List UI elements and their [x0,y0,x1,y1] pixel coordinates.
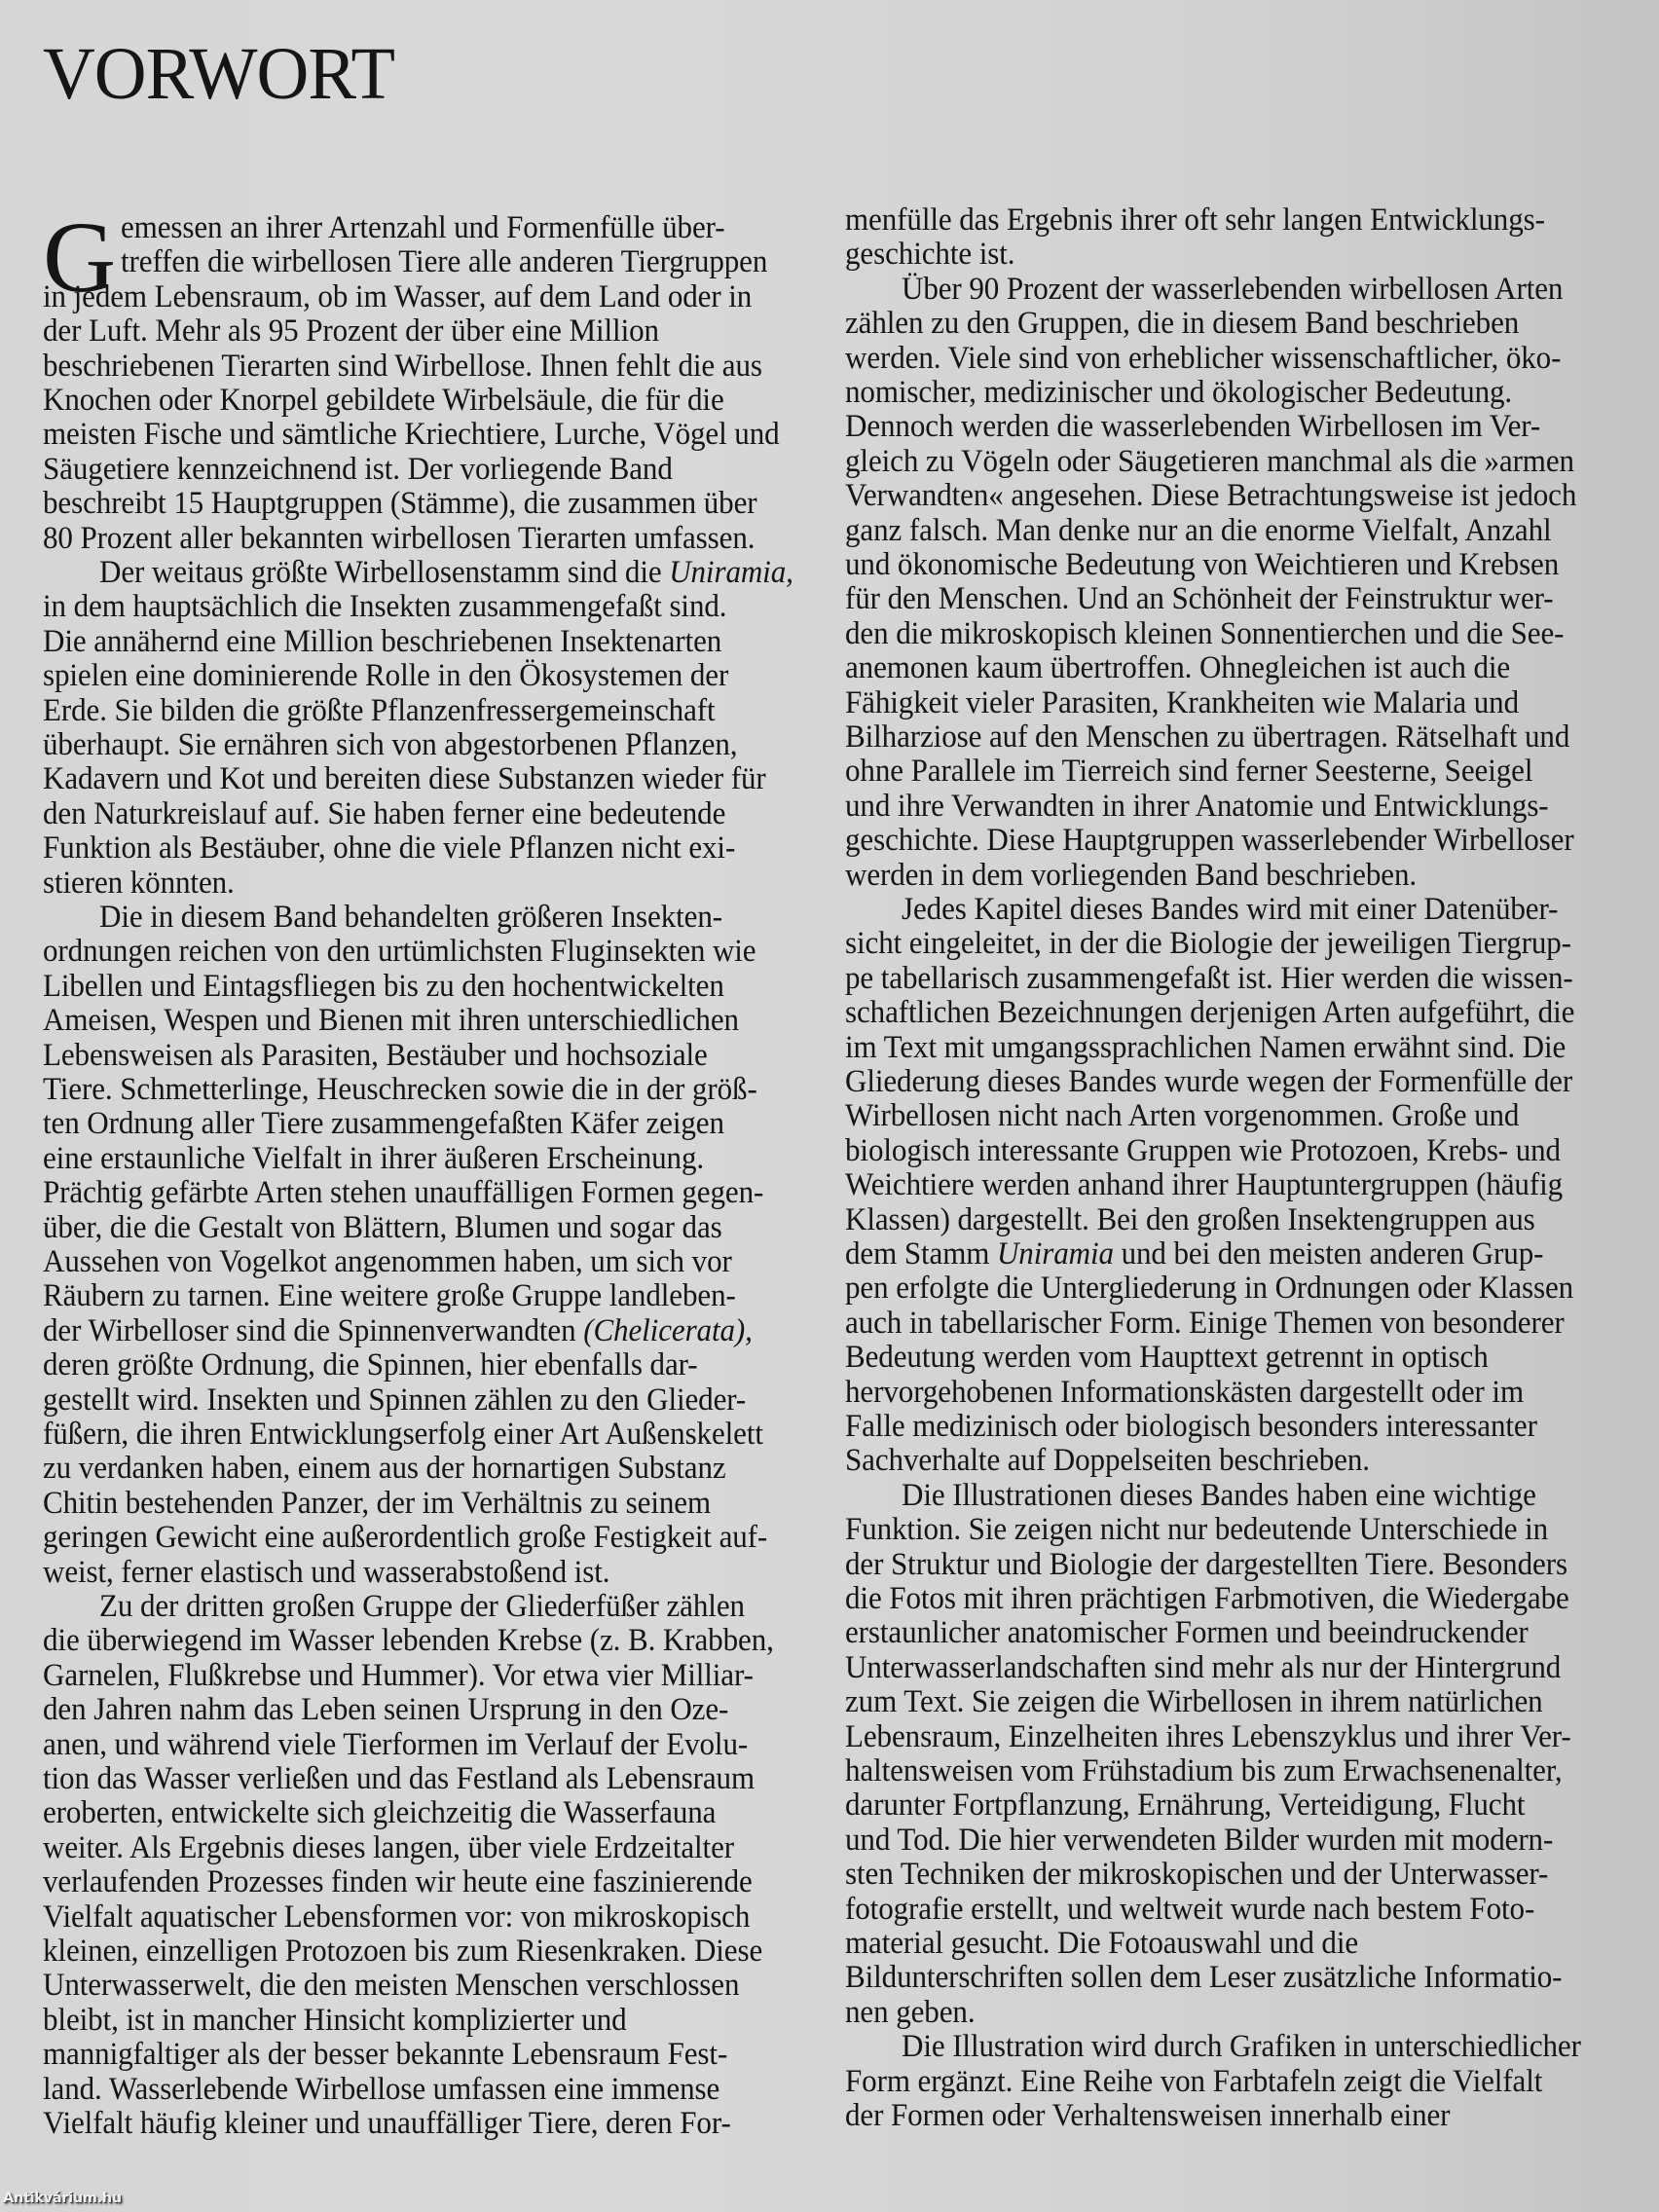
line-text: die überwiegend im Wasser lebenden Krebs… [43,1623,774,1658]
text-line: werden. Viele sind von erheblicher wisse… [845,341,1561,376]
line-text: zu verdanken haben, einem aus der hornar… [43,1451,726,1486]
text-line: ordnungen reichen von den urtümlichsten … [43,934,756,969]
text-line: in jedem Lebensraum, ob im Wasser, auf d… [43,279,752,314]
line-text: schaftlichen Bezeichnungen derjenigen Ar… [845,995,1574,1030]
line-text: deren größte Ordnung, die Spinnen, hier … [43,1347,698,1382]
line-text: Räubern zu tarnen. Eine weitere große Gr… [43,1278,736,1313]
line-text: Erde. Sie bilden die größte Pflanzenfres… [43,693,716,728]
text-line: Aussehen von Vogelkot angenommen haben, … [43,1244,732,1279]
text-line: verlaufenden Prozesses finden wir heute … [43,1864,753,1899]
text-line: hervorgehobenen Informationskästen darge… [845,1375,1524,1410]
line-text: Unterwasserlandschaften sind mehr als nu… [845,1650,1561,1685]
text-line: treffen die wirbellosen Tiere alle ander… [121,244,767,279]
line-text: geschichte ist. [845,237,1014,272]
text-line: Funktion als Bestäuber, ohne die viele P… [43,830,735,866]
line-text: meisten Fische und sämtliche Kriechtiere… [43,417,780,452]
line-text: Jedes Kapitel dieses Bandes wird mit ein… [902,892,1558,927]
line-text: Die Illustration wird durch Grafiken in … [902,2029,1581,2064]
line-text: Die annähernd eine Million beschriebenen… [43,624,721,659]
line-text: überhaupt. Sie ernähren sich von abgesto… [43,727,737,762]
line-text: kleinen, einzelligen Protozoen bis zum R… [43,1934,762,1969]
line-text: Die Illustrationen dieses Bandes haben e… [902,1478,1536,1513]
text-line: Räubern zu tarnen. Eine weitere große Gr… [43,1278,736,1313]
line-text: beschriebenen Tierarten sind Wirbellose.… [43,349,762,384]
text-line: und ökonomische Bedeutung von Weichtiere… [845,547,1559,582]
line-text: hervorgehobenen Informationskästen darge… [845,1375,1524,1410]
text-line: Unterwasserwelt, die den meisten Mensche… [43,1968,739,2003]
text-line: nomischer, medizinischer und ökologische… [845,375,1512,410]
text-line: Sachverhalte auf Doppelseiten beschriebe… [845,1443,1370,1478]
line-text: nen geben. [845,1995,975,2030]
line-text: treffen die wirbellosen Tiere alle ander… [121,244,767,279]
line-text: der Formen oder Verhaltensweisen innerha… [845,2098,1450,2133]
text-line: Bildunterschriften sollen dem Leser zusä… [845,1960,1562,1995]
page-title: VORWORT [43,37,394,111]
text-line: den Jahren nahm das Leben seinen Ursprun… [43,1692,728,1727]
text-line: darunter Fortpflanzung, Ernährung, Verte… [845,1788,1525,1823]
text-line: Der weitaus größte Wirbellosenstamm sind… [99,555,793,590]
line-text: tion das Wasser verließen und das Festla… [43,1761,755,1796]
line-text: Garnelen, Flußkrebse und Hummer). Vor et… [43,1658,754,1693]
text-line: deren größte Ordnung, die Spinnen, hier … [43,1347,698,1382]
text-line: mannigfaltiger als der besser bekannte L… [43,2037,727,2072]
text-line: Ameisen, Wespen und Bienen mit ihren unt… [43,1003,739,1038]
text-line: eroberten, entwickelte sich gleichzeitig… [43,1795,716,1830]
line-text: Gliederung dieses Bandes wurde wegen der… [845,1064,1572,1099]
line-text: land. Wasserlebende Wirbellose umfassen … [43,2072,719,2107]
book-page: VORWORT G emessen an ihrer Artenzahl und… [0,0,1659,2212]
line-text: Sachverhalte auf Doppelseiten beschriebe… [845,1443,1370,1478]
text-line: zählen zu den Gruppen, die in diesem Ban… [845,306,1519,341]
text-line: Die in diesem Band behandelten größeren … [99,900,722,935]
text-line: Knochen oder Knorpel gebildete Wirbelsäu… [43,383,724,418]
line-text: und bei den meisten anderen Grup- [1114,1236,1543,1272]
line-text: gleich zu Vögeln oder Säugetieren manchm… [845,444,1574,479]
line-text: im Text mit umgangssprachlichen Namen er… [845,1030,1566,1065]
text-line: werden in dem vorliegenden Band beschrie… [845,858,1417,893]
text-line: gleich zu Vögeln oder Säugetieren manchm… [845,444,1574,479]
text-line: der Struktur und Biologie der dargestell… [845,1547,1567,1582]
line-text: eine erstaunliche Vielfalt in ihrer äuße… [43,1141,704,1176]
line-text: Vielfalt häufig kleiner und unauffällige… [43,2106,731,2141]
text-line: und ihre Verwandten in ihrer Anatomie un… [845,789,1549,824]
text-line: erstaunlicher anatomischer Formen und be… [845,1615,1529,1650]
text-line: gestellt wird. Insekten und Spinnen zähl… [43,1382,746,1418]
text-line: haltensweisen vom Frühstadium bis zum Er… [845,1753,1562,1788]
text-line: Jedes Kapitel dieses Bandes wird mit ein… [902,892,1558,927]
line-text: sicht eingeleitet, in der die Biologie d… [845,926,1571,961]
text-line: fotografie erstellt, und weltweit wurde … [845,1892,1534,1927]
text-line: der Formen oder Verhaltensweisen innerha… [845,2098,1450,2133]
line-text: Funktion als Bestäuber, ohne die viele P… [43,830,735,866]
line-text: Fähigkeit vieler Parasiten, Krankheiten … [845,685,1519,720]
text-line: Bedeutung werden vom Haupttext getrennt … [845,1340,1489,1375]
text-line: kleinen, einzelligen Protozoen bis zum R… [43,1934,762,1969]
text-line: Lebensweisen als Parasiten, Bestäuber un… [43,1038,708,1073]
line-text: emessen an ihrer Artenzahl und Formenfül… [121,210,725,245]
text-line: zu verdanken haben, einem aus der hornar… [43,1451,726,1486]
text-line: weiter. Als Ergebnis dieses langen, über… [43,1830,734,1865]
text-line: zum Text. Sie zeigen die Wirbellosen in … [845,1684,1543,1719]
text-line: meisten Fische und sämtliche Kriechtiere… [43,417,780,452]
line-text: in dem hauptsächlich die Insekten zusamm… [43,589,726,624]
text-line: Chitin bestehenden Panzer, der im Verhäl… [43,1486,711,1521]
line-text: Libellen und Eintagsfliegen bis zu den h… [43,969,724,1004]
text-line: sicht eingeleitet, in der die Biologie d… [845,926,1571,961]
line-text: Falle medizinisch oder biologisch besond… [845,1409,1537,1444]
text-line: die Fotos mit ihren prächtigen Farbmotiv… [845,1581,1569,1616]
line-text: mannigfaltiger als der besser bekannte L… [43,2037,727,2072]
text-line: Form ergänzt. Eine Reihe von Farbtafeln … [845,2064,1542,2099]
line-text: pe tabellarisch zusammengefaßt ist. Hier… [845,961,1573,996]
text-line: ten Ordnung aller Tiere zusammengefaßten… [43,1106,724,1141]
line-text: Wirbellosen nicht nach Arten vorgenommen… [845,1098,1519,1133]
text-line: der Luft. Mehr als 95 Prozent der über e… [43,313,659,349]
text-line: Die Illustration wird durch Grafiken in … [902,2029,1581,2064]
line-text: zählen zu den Gruppen, die in diesem Ban… [845,306,1519,341]
text-line: Garnelen, Flußkrebse und Hummer). Vor et… [43,1658,754,1693]
text-line: Säugetiere kennzeichnend ist. Der vorlie… [43,452,673,487]
text-line: Kadavern und Kot und bereiten diese Subs… [43,761,766,796]
line-text: Funktion. Sie zeigen nicht nur bedeutend… [845,1512,1548,1547]
line-text: Prächtig gefärbte Arten stehen unauffäll… [43,1175,763,1210]
line-text: Chitin bestehenden Panzer, der im Verhäl… [43,1486,711,1521]
text-line: geschichte. Diese Hauptgruppen wasserleb… [845,823,1574,858]
text-line: im Text mit umgangssprachlichen Namen er… [845,1030,1566,1065]
line-text: verlaufenden Prozesses finden wir heute … [43,1864,753,1899]
line-text: Weichtiere werden anhand ihrer Hauptunte… [845,1167,1563,1202]
line-text: für den Menschen. Und an Schönheit der F… [845,581,1554,616]
line-text: erstaunlicher anatomischer Formen und be… [845,1615,1529,1650]
text-line: Funktion. Sie zeigen nicht nur bedeutend… [845,1512,1548,1547]
text-line: den Naturkreislauf auf. Sie haben ferner… [43,796,725,831]
line-text: den die mikroskopisch kleinen Sonnentier… [845,616,1564,651]
line-text: Vielfalt aquatischer Lebensformen vor: v… [43,1899,750,1935]
line-text: weist, ferner elastisch und wasserabstoß… [43,1555,609,1590]
text-line: anemonen kaum übertroffen. Ohnegleichen … [845,650,1510,685]
text-line: tion das Wasser verließen und das Festla… [43,1761,755,1796]
text-line: Tiere. Schmetterlinge, Heuschrecken sowi… [43,1072,757,1107]
text-line: pen erfolgte die Untergliederung in Ordn… [845,1271,1573,1306]
line-text: pen erfolgte die Untergliederung in Ordn… [845,1271,1573,1306]
line-text: ordnungen reichen von den urtümlichsten … [43,934,756,969]
text-line: eine erstaunliche Vielfalt in ihrer äuße… [43,1141,704,1176]
line-text: haltensweisen vom Frühstadium bis zum Er… [845,1753,1562,1788]
text-line: weist, ferner elastisch und wasserabstoß… [43,1555,609,1590]
line-text: anen, und während viele Tierformen im Ve… [43,1727,748,1762]
line-text: auch in tabellarischer Form. Einige Them… [845,1306,1565,1341]
line-text: werden. Viele sind von erheblicher wisse… [845,341,1561,376]
text-line: Verwandten« angesehen. Diese Betrachtung… [845,478,1576,513]
line-text: ohne Parallele im Tierreich sind ferner … [845,754,1532,789]
line-text: biologisch interessante Gruppen wie Prot… [845,1133,1561,1168]
text-line: über, die die Gestalt von Blättern, Blum… [43,1210,722,1245]
line-text: Aussehen von Vogelkot angenommen haben, … [43,1244,732,1279]
text-line: geringen Gewicht eine außerordentlich gr… [43,1520,767,1555]
line-text: spielen eine dominierende Rolle in den Ö… [43,658,728,693]
line-text: ganz falsch. Man denke nur an die enorme… [845,513,1552,548]
text-line: anen, und während viele Tierformen im Ve… [43,1727,748,1762]
text-line: Gliederung dieses Bandes wurde wegen der… [845,1064,1572,1099]
text-line: Vielfalt aquatischer Lebensformen vor: v… [43,1899,750,1935]
italic-term: Uniramia, [669,555,793,590]
line-text: Bildunterschriften sollen dem Leser zusä… [845,1960,1562,1995]
text-line: Lebensraum, Einzelheiten ihres Lebenszyk… [845,1719,1571,1754]
text-line: Weichtiere werden anhand ihrer Hauptunte… [845,1167,1563,1202]
line-text: sten Techniken der mikroskopischen und d… [845,1857,1548,1892]
text-line: Über 90 Prozent der wasserlebenden wirbe… [902,272,1563,307]
line-text: der Struktur und Biologie der dargestell… [845,1547,1567,1582]
line-text: menfülle das Ergebnis ihrer oft sehr lan… [845,203,1545,238]
text-line: Erde. Sie bilden die größte Pflanzenfres… [43,693,716,728]
text-line: Klassen) dargestellt. Bei den großen Ins… [845,1202,1535,1237]
line-text: geschichte. Diese Hauptgruppen wasserleb… [845,823,1574,858]
watermark: Antikvárium.hu [3,2191,122,2206]
line-text: Bedeutung werden vom Haupttext getrennt … [845,1340,1489,1375]
line-text: weiter. Als Ergebnis dieses langen, über… [43,1830,734,1865]
line-text: die Fotos mit ihren prächtigen Farbmotiv… [845,1581,1569,1616]
text-line: Prächtig gefärbte Arten stehen unauffäll… [43,1175,763,1210]
text-line: Vielfalt häufig kleiner und unauffällige… [43,2106,731,2141]
line-text: gestellt wird. Insekten und Spinnen zähl… [43,1382,746,1418]
line-text: Form ergänzt. Eine Reihe von Farbtafeln … [845,2064,1542,2099]
line-text: und ihre Verwandten in ihrer Anatomie un… [845,789,1549,824]
text-line: geschichte ist. [845,237,1014,272]
line-text: Lebensraum, Einzelheiten ihres Lebenszyk… [845,1719,1571,1754]
line-text: Unterwasserwelt, die den meisten Mensche… [43,1968,739,2003]
text-line: Die annähernd eine Million beschriebenen… [43,624,721,659]
text-line: Die Illustrationen dieses Bandes haben e… [902,1478,1536,1513]
text-line: 80 Prozent aller bekannten wirbellosen T… [43,521,755,556]
text-line: für den Menschen. Und an Schönheit der F… [845,581,1554,616]
text-line: Dennoch werden die wasserlebenden Wirbel… [845,409,1540,444]
line-text: Knochen oder Knorpel gebildete Wirbelsäu… [43,383,724,418]
line-text: Tiere. Schmetterlinge, Heuschrecken sowi… [43,1072,757,1107]
line-text: Dennoch werden die wasserlebenden Wirbel… [845,409,1540,444]
text-line: und Tod. Die hier verwendeten Bilder wur… [845,1823,1553,1858]
text-line: material gesucht. Die Fotoauswahl und di… [845,1926,1358,1961]
line-text: material gesucht. Die Fotoauswahl und di… [845,1926,1358,1961]
text-line: überhaupt. Sie ernähren sich von abgesto… [43,727,737,762]
line-text: Kadavern und Kot und bereiten diese Subs… [43,761,766,796]
text-line: Bilharziose auf den Menschen zu übertrag… [845,719,1569,755]
text-line: biologisch interessante Gruppen wie Prot… [845,1133,1561,1168]
line-text: werden in dem vorliegenden Band beschrie… [845,858,1417,893]
text-line: die überwiegend im Wasser lebenden Krebs… [43,1623,774,1658]
text-line: schaftlichen Bezeichnungen derjenigen Ar… [845,995,1574,1030]
line-text: beschreibt 15 Hauptgruppen (Stämme), die… [43,486,756,521]
line-text: Lebensweisen als Parasiten, Bestäuber un… [43,1038,708,1073]
line-text: stieren könnten. [43,866,235,901]
italic-term: Uniramia [997,1236,1114,1272]
text-line: Unterwasserlandschaften sind mehr als nu… [845,1650,1561,1685]
line-text: und ökonomische Bedeutung von Weichtiere… [845,547,1559,582]
text-line: ohne Parallele im Tierreich sind ferner … [845,754,1532,789]
line-text: den Naturkreislauf auf. Sie haben ferner… [43,796,725,831]
text-line: Falle medizinisch oder biologisch besond… [845,1409,1537,1444]
text-line: land. Wasserlebende Wirbellose umfassen … [43,2072,719,2107]
text-line: sten Techniken der mikroskopischen und d… [845,1857,1548,1892]
line-text: geringen Gewicht eine außerordentlich gr… [43,1520,767,1555]
text-line: pe tabellarisch zusammengefaßt ist. Hier… [845,961,1573,996]
line-text: anemonen kaum übertroffen. Ohnegleichen … [845,650,1510,685]
text-line: Libellen und Eintagsfliegen bis zu den h… [43,969,724,1004]
text-line: der Wirbelloser sind die Spinnenverwandt… [43,1313,753,1348]
text-line: beschreibt 15 Hauptgruppen (Stämme), die… [43,486,756,521]
line-text: Säugetiere kennzeichnend ist. Der vorlie… [43,452,673,487]
line-text: der Wirbelloser sind die Spinnenverwandt… [43,1313,583,1348]
text-line: füßern, die ihren Entwicklungserfolg ein… [43,1417,763,1452]
text-line: auch in tabellarischer Form. Einige Them… [845,1306,1565,1341]
line-text: den Jahren nahm das Leben seinen Ursprun… [43,1692,728,1727]
line-text: und Tod. Die hier verwendeten Bilder wur… [845,1823,1553,1858]
text-line: ganz falsch. Man denke nur an die enorme… [845,513,1552,548]
line-text: Der weitaus größte Wirbellosenstamm sind… [99,555,669,590]
line-text: Verwandten« angesehen. Diese Betrachtung… [845,478,1576,513]
text-line: menfülle das Ergebnis ihrer oft sehr lan… [845,203,1545,238]
text-line: dem Stamm Uniramia und bei den meisten a… [845,1236,1543,1272]
text-line: Wirbellosen nicht nach Arten vorgenommen… [845,1098,1519,1133]
text-line: in dem hauptsächlich die Insekten zusamm… [43,589,726,624]
text-line: spielen eine dominierende Rolle in den Ö… [43,658,728,693]
line-text: eroberten, entwickelte sich gleichzeitig… [43,1795,716,1830]
line-text: in jedem Lebensraum, ob im Wasser, auf d… [43,279,752,314]
line-text: Bilharziose auf den Menschen zu übertrag… [845,719,1569,755]
line-text: nomischer, medizinischer und ökologische… [845,375,1512,410]
text-line: den die mikroskopisch kleinen Sonnentier… [845,616,1564,651]
text-line: beschriebenen Tierarten sind Wirbellose.… [43,349,762,384]
line-text: darunter Fortpflanzung, Ernährung, Verte… [845,1788,1525,1823]
italic-term: (Chelicerata), [583,1313,753,1348]
text-line: Fähigkeit vieler Parasiten, Krankheiten … [845,685,1519,720]
text-line: nen geben. [845,1995,975,2030]
text-line: stieren könnten. [43,866,235,901]
text-line: Zu der dritten großen Gruppe der Glieder… [99,1589,745,1624]
line-text: Ameisen, Wespen und Bienen mit ihren unt… [43,1003,739,1038]
line-text: dem Stamm [845,1236,997,1272]
line-text: füßern, die ihren Entwicklungserfolg ein… [43,1417,763,1452]
line-text: Klassen) dargestellt. Bei den großen Ins… [845,1202,1535,1237]
line-text: bleibt, ist in mancher Hinsicht komplizi… [43,2003,627,2038]
text-line: emessen an ihrer Artenzahl und Formenfül… [121,210,725,245]
line-text: zum Text. Sie zeigen die Wirbellosen in … [845,1684,1543,1719]
line-text: fotografie erstellt, und weltweit wurde … [845,1892,1534,1927]
line-text: ten Ordnung aller Tiere zusammengefaßten… [43,1106,724,1141]
line-text: Zu der dritten großen Gruppe der Glieder… [99,1589,745,1624]
line-text: 80 Prozent aller bekannten wirbellosen T… [43,521,755,556]
line-text: über, die die Gestalt von Blättern, Blum… [43,1210,722,1245]
line-text: Die in diesem Band behandelten größeren … [99,900,722,935]
line-text: der Luft. Mehr als 95 Prozent der über e… [43,313,659,349]
text-line: bleibt, ist in mancher Hinsicht komplizi… [43,2003,627,2038]
line-text: Über 90 Prozent der wasserlebenden wirbe… [902,272,1563,307]
